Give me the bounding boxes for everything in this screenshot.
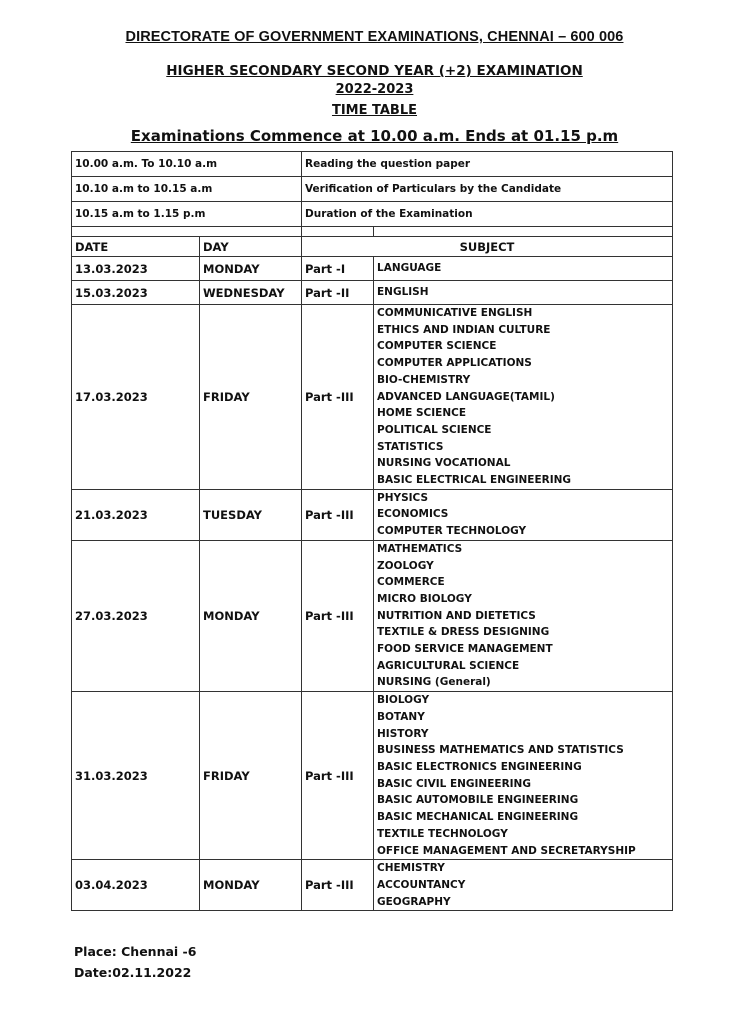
subject-item: MATHEMATICS [377,541,669,558]
subject-item: TEXTILE & DRESS DESIGNING [377,624,669,641]
subject-item: BIOLOGY [377,692,669,709]
exam-day: WEDNESDAY [200,281,302,305]
subject-item: HOME SCIENCE [377,405,669,422]
academic-year: 2022-2023 [0,82,749,97]
timetable: 10.00 a.m. To 10.10 a.m Reading the ques… [71,151,673,911]
subject-item: BASIC CIVIL ENGINEERING [377,776,669,793]
exam-subjects: COMMUNICATIVE ENGLISHETHICS AND INDIAN C… [374,305,673,490]
exam-subjects: BIOLOGYBOTANYHISTORYBUSINESS MATHEMATICS… [374,692,673,860]
exam-row: 17.03.2023FRIDAYPart -IIICOMMUNICATIVE E… [72,305,673,490]
exam-day: FRIDAY [200,692,302,860]
column-header-row: DATE DAY SUBJECT [72,237,673,257]
subject-item: PHYSICS [377,490,669,507]
exam-row: 15.03.2023WEDNESDAYPart -IIENGLISH [72,281,673,305]
column-header-subject: SUBJECT [302,237,673,257]
footer-place: Place: Chennai -6 [74,944,196,959]
subject-item: OFFICE MANAGEMENT AND SECRETARYSHIP [377,843,669,860]
exam-subjects: PHYSICSECONOMICSCOMPUTER TECHNOLOGY [374,489,673,540]
schedule-activity: Verification of Particulars by the Candi… [302,177,673,202]
subject-item: BOTANY [377,709,669,726]
schedule-row: 10.10 a.m to 10.15 a.m Verification of P… [72,177,673,202]
exam-part: Part -III [302,860,374,911]
exam-row: 21.03.2023TUESDAYPart -IIIPHYSICSECONOMI… [72,489,673,540]
exam-day: MONDAY [200,540,302,691]
exam-date: 17.03.2023 [72,305,200,490]
exam-subjects: MATHEMATICSZOOLOGYCOMMERCEMICRO BIOLOGYN… [374,540,673,691]
exam-row: 31.03.2023FRIDAYPart -IIIBIOLOGYBOTANYHI… [72,692,673,860]
exam-subjects: CHEMISTRYACCOUNTANCYGEOGRAPHY [374,860,673,911]
subject-item: COMPUTER TECHNOLOGY [377,523,669,540]
exam-subjects: ENGLISH [374,281,673,305]
exam-subjects: LANGUAGE [374,257,673,281]
schedule-activity: Duration of the Examination [302,202,673,227]
spacer-row [72,227,673,237]
subject-item: COMPUTER APPLICATIONS [377,355,669,372]
subject-item: AGRICULTURAL SCIENCE [377,658,669,675]
exam-day: MONDAY [200,257,302,281]
subject-item: ZOOLOGY [377,558,669,575]
schedule-row: 10.00 a.m. To 10.10 a.m Reading the ques… [72,152,673,177]
subject-item: CHEMISTRY [377,860,669,877]
subject-item: ETHICS AND INDIAN CULTURE [377,322,669,339]
subject-item: ENGLISH [377,284,669,301]
exam-row: 13.03.2023MONDAYPart -ILANGUAGE [72,257,673,281]
exam-part: Part -I [302,257,374,281]
subject-item: NURSING VOCATIONAL [377,455,669,472]
subject-item: ACCOUNTANCY [377,877,669,894]
exam-day: TUESDAY [200,489,302,540]
subject-item: COMMERCE [377,574,669,591]
footer-date: Date:02.11.2022 [74,965,191,980]
subject-item: HISTORY [377,726,669,743]
schedule-time: 10.10 a.m to 10.15 a.m [72,177,302,202]
exam-date: 31.03.2023 [72,692,200,860]
exam-day: MONDAY [200,860,302,911]
column-header-day: DAY [200,237,302,257]
exam-part: Part -III [302,489,374,540]
organization-heading: DIRECTORATE OF GOVERNMENT EXAMINATIONS, … [0,29,749,45]
schedule-time: 10.15 a.m to 1.15 p.m [72,202,302,227]
schedule-activity: Reading the question paper [302,152,673,177]
subject-item: COMMUNICATIVE ENGLISH [377,305,669,322]
subject-item: BASIC ELECTRICAL ENGINEERING [377,472,669,489]
exam-date: 13.03.2023 [72,257,200,281]
exam-part: Part -III [302,692,374,860]
exam-part: Part -III [302,305,374,490]
subject-item: ADVANCED LANGUAGE(TAMIL) [377,389,669,406]
exam-day: FRIDAY [200,305,302,490]
exam-date: 15.03.2023 [72,281,200,305]
subject-item: BASIC ELECTRONICS ENGINEERING [377,759,669,776]
subject-item: ECONOMICS [377,506,669,523]
schedule-time: 10.00 a.m. To 10.10 a.m [72,152,302,177]
subject-item: NUTRITION AND DIETETICS [377,608,669,625]
exam-row: 03.04.2023MONDAYPart -IIICHEMISTRYACCOUN… [72,860,673,911]
subject-item: BIO-CHEMISTRY [377,372,669,389]
exam-title: HIGHER SECONDARY SECOND YEAR (+2) EXAMIN… [0,63,749,79]
exam-part: Part -III [302,540,374,691]
subject-item: STATISTICS [377,439,669,456]
subject-item: LANGUAGE [377,260,669,277]
subject-item: FOOD SERVICE MANAGEMENT [377,641,669,658]
schedule-row: 10.15 a.m to 1.15 p.m Duration of the Ex… [72,202,673,227]
subject-item: GEOGRAPHY [377,894,669,911]
exam-part: Part -II [302,281,374,305]
exam-date: 21.03.2023 [72,489,200,540]
subject-item: BASIC MECHANICAL ENGINEERING [377,809,669,826]
timing-note: Examinations Commence at 10.00 a.m. Ends… [0,127,749,145]
subject-item: BUSINESS MATHEMATICS AND STATISTICS [377,742,669,759]
column-header-date: DATE [72,237,200,257]
exam-row: 27.03.2023MONDAYPart -IIIMATHEMATICSZOOL… [72,540,673,691]
subject-item: COMPUTER SCIENCE [377,338,669,355]
subject-item: MICRO BIOLOGY [377,591,669,608]
subject-item: BASIC AUTOMOBILE ENGINEERING [377,792,669,809]
subject-item: TEXTILE TECHNOLOGY [377,826,669,843]
exam-date: 03.04.2023 [72,860,200,911]
exam-date: 27.03.2023 [72,540,200,691]
document-title: TIME TABLE [0,103,749,118]
subject-item: POLITICAL SCIENCE [377,422,669,439]
subject-item: NURSING (General) [377,674,669,691]
